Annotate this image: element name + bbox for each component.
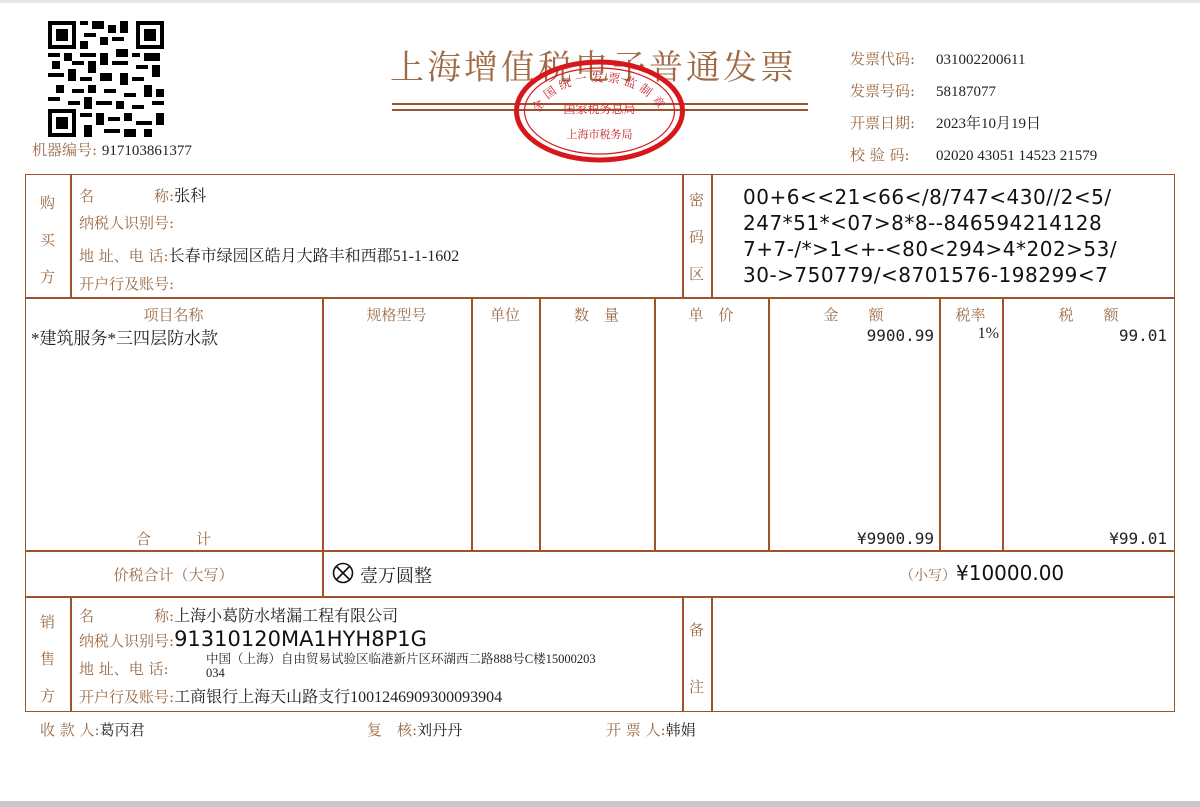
divider [322,297,324,596]
remarks-side-label: 备 [689,619,704,640]
col-header-item-name: 项目名称 [25,304,322,325]
seller-address-line: 中国（上海）自由贸易试验区临港新片区环湖西二路888号C楼15000203 [206,652,596,666]
reviewer: 复 核:刘丹丹 [367,719,462,740]
buyer-tax-id-label: 纳税人识别号: [79,214,174,232]
seal-line2: 上海市税务局 [567,127,633,141]
invoice-number: 58187077 [936,84,996,100]
invoice-code-row: 发票代码:031002200611 [850,44,1097,76]
divider [654,297,656,550]
divider [682,174,684,297]
cipher-line: 7+7-/*>1<+-<80<294>4*202>53/ [743,236,1117,262]
col-header-tax-rate: 税率 [939,304,1002,325]
divider [70,596,72,712]
buyer-address-row: 地 址、电 话:长春市绿园区皓月大路丰和西郡51-1-1602 [79,243,459,266]
col-header-price: 单 价 [654,304,768,325]
col-header-unit: 单位 [471,304,539,325]
payee: 收 款 人:葛丙君 [40,719,145,740]
col-header-spec: 规格型号 [322,304,471,325]
buyer-name-row: 名 称:张科 [79,183,206,206]
divider [711,174,713,297]
machine-number-label: 机器编号: [32,141,97,159]
circled-x-icon [332,562,354,584]
item-tax: 99.01 [1002,326,1167,345]
payee-label: 收 款 人: [40,721,100,739]
seller-side-label: 售 [40,648,55,669]
item-tax-rate: 1% [939,325,999,343]
buyer-side-label: 买 [40,229,55,250]
divider [711,596,713,712]
qr-code-icon [48,21,164,137]
seller-name: 上海小葛防水堵漏工程有限公司 [174,608,398,625]
total-tax: ¥99.01 [1002,529,1167,548]
meta-label: 发票代码: [850,44,936,75]
cipher-side-label: 区 [689,263,704,284]
meta-label: 发票号码: [850,76,936,107]
lowercase-label: （小写） [900,568,956,584]
remarks-side-label: 注 [689,676,704,697]
seller-address: 中国（上海）自由贸易试验区临港新片区环湖西二路888号C楼15000203 03… [206,652,596,680]
reviewer-label: 复 核: [367,721,417,739]
item-amount: 9900.99 [768,326,934,345]
seller-bank: 工商银行上海天山路支行1001246909300093904 [174,689,502,706]
buyer-side-label: 购 [40,192,55,213]
col-header-amount: 金 额 [768,304,939,325]
col-header-qty: 数 量 [539,304,654,325]
seller-name-row: 名 称:上海小葛防水堵漏工程有限公司 [79,603,398,626]
cipher-side-label: 码 [689,226,704,247]
buyer-tax-id-row: 纳税人识别号: [79,212,174,233]
issuer: 开 票 人:韩娟 [606,719,696,740]
divider [70,174,72,297]
official-seal-icon: 全国统一发票监制章 国家税务总局 上海市税务局 [513,58,686,164]
payee-name: 葛丙君 [100,723,145,739]
cipher-line: 00+6<<21<66</8/747<430//2<5/ [743,184,1117,210]
machine-number: 机器编号: 917103861377 [32,139,192,160]
grand-total-lowercase: ¥10000.00 [956,561,1064,585]
invoice-date: 2023年10月19日 [936,116,1041,132]
issuer-label: 开 票 人: [606,721,666,739]
buyer-address-label: 地 址、电 话: [79,247,169,265]
buyer-name-label: 名 称: [79,187,174,205]
buyer-address: 长春市绿园区皓月大路丰和西郡51-1-1602 [169,248,460,265]
seller-name-label: 名 称: [79,607,174,625]
meta-label: 校 验 码: [850,140,936,171]
total-amount: ¥9900.99 [768,529,934,548]
buyer-side-label: 方 [40,266,55,287]
grand-total-uppercase: 壹万圆整 [360,562,432,588]
total-label: 合 计 [25,528,322,549]
seller-side-label: 方 [40,685,55,706]
seller-bank-label: 开户行及账号: [79,688,174,706]
divider [539,297,541,550]
cipher-side-label: 密 [689,189,704,210]
cipher-line: 247*51*<07>8*8--846594214128 [743,210,1117,236]
check-code-row: 校 验 码:02020 43051 14523 21579 [850,140,1097,172]
divider [25,550,1175,552]
meta-label: 开票日期: [850,108,936,139]
seller-tax-id-row: 纳税人识别号:91310120MA1HYH8P1G [79,627,427,651]
seller-side-label: 销 [40,611,55,632]
divider [471,297,473,550]
seller-address-label: 地 址、电 话: [79,658,169,679]
divider [682,596,684,712]
grand-total-label: 价税合计（大写） [25,564,322,585]
cipher-line: 30->750779/<8701576-198299<7 [743,262,1117,288]
invoice-code: 031002200611 [936,52,1025,68]
seal-line1: 国家税务总局 [563,101,635,116]
seller-tax-id: 91310120MA1HYH8P1G [174,627,427,651]
top-border [0,0,1200,3]
check-code: 02020 43051 14523 21579 [936,148,1097,164]
invoice-date-row: 开票日期:2023年10月19日 [850,108,1097,140]
bottom-border [0,801,1200,807]
divider [25,596,1175,598]
seller-tax-id-label: 纳税人识别号: [79,632,174,650]
grand-total-lowercase-row: （小写）¥10000.00 [900,561,1064,585]
seller-bank-row: 开户行及账号:工商银行上海天山路支行1001246909300093904 [79,684,502,707]
buyer-bank-row: 开户行及账号: [79,273,174,294]
machine-number-value: 917103861377 [102,143,192,159]
invoice-meta: 发票代码:031002200611 发票号码:58187077 开票日期:202… [850,44,1097,172]
issuer-name: 韩娟 [666,723,696,739]
buyer-name: 张科 [174,188,206,205]
cipher-area: 00+6<<21<66</8/747<430//2<5/ 247*51*<07>… [743,184,1117,288]
item-name: *建筑服务*三四层防水款 [31,324,218,349]
col-header-tax: 税 额 [1002,304,1175,325]
invoice-number-row: 发票号码:58187077 [850,76,1097,108]
reviewer-name: 刘丹丹 [417,723,462,739]
buyer-bank-label: 开户行及账号: [79,275,174,293]
seller-address-line: 034 [206,666,596,680]
